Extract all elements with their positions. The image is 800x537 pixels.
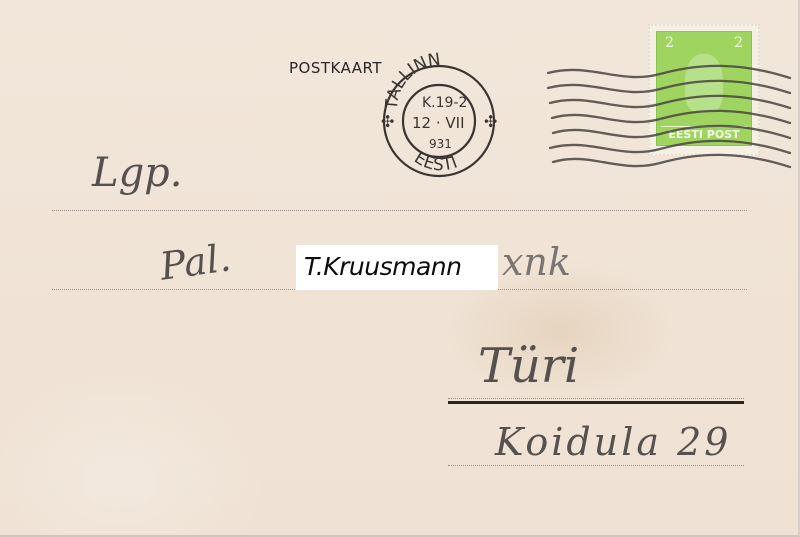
cancellation-waves-icon <box>548 66 790 167</box>
postmark-year: 931 <box>429 137 452 151</box>
postcard: POSTKAART Lgp. Pal. xnk Türi Koidula 29 … <box>0 0 800 537</box>
postmark-time: K.19-2 <box>422 95 467 111</box>
postmark-cross-right-icon: ✣ <box>484 112 497 131</box>
postmark-date: 12 · VII <box>412 114 465 132</box>
postmark-cross-left-icon: ✣ <box>381 112 394 131</box>
postmark-graphics: TALLINN EESTI K.19-2 12 · VII 931 ✣ ✣ <box>0 0 800 537</box>
